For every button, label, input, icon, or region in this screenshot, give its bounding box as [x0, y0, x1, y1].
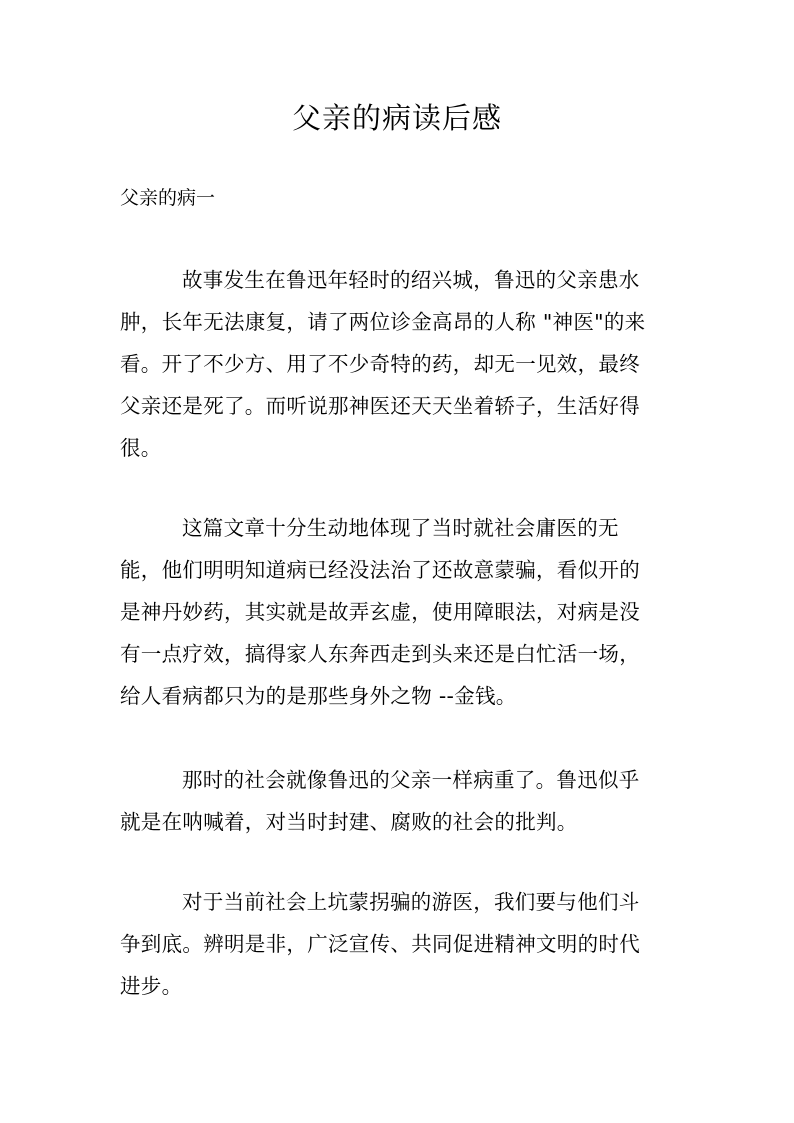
paragraph-line: 进步。 [120, 965, 650, 1007]
paragraph-line: 就是在呐喊着，对当时封建、腐败的社会的批判。 [120, 801, 650, 843]
paragraph-line: 有一点疗效，搞得家人东奔西走到头来还是白忙活一场， [120, 633, 650, 675]
paragraph-line: 肿，长年无法康复，请了两位诊金高昂的人称 "神医"的来 [120, 301, 650, 343]
paragraph-2: 这篇文章十分生动地体现了当时就社会庸医的无 能，他们明明知道病已经没法治了还故意… [120, 507, 650, 717]
paragraph-line: 父亲还是死了。而听说那神医还天天坐着轿子，生活好得 [120, 385, 650, 427]
paragraph-line: 那时的社会就像鲁迅的父亲一样病重了。鲁迅似乎 [120, 759, 650, 801]
paragraph-line: 能，他们明明知道病已经没法治了还故意蒙骗，看似开的 [120, 549, 650, 591]
paragraph-line: 这篇文章十分生动地体现了当时就社会庸医的无 [120, 507, 650, 549]
paragraph-3: 那时的社会就像鲁迅的父亲一样病重了。鲁迅似乎 就是在呐喊着，对当时封建、腐败的社… [120, 759, 650, 843]
paragraph-line: 给人看病都只为的是那些身外之物 --金钱。 [120, 675, 650, 717]
paragraph-line: 争到底。辨明是非，广泛宣传、共同促进精神文明的时代 [120, 923, 650, 965]
paragraph-line: 故事发生在鲁迅年轻时的绍兴城，鲁迅的父亲患水 [120, 259, 650, 301]
paragraph-line: 看。开了不少方、用了不少奇特的药，却无一见效，最终 [120, 343, 650, 385]
paragraph-line: 很。 [120, 427, 650, 469]
paragraph-1: 故事发生在鲁迅年轻时的绍兴城，鲁迅的父亲患水 肿，长年无法康复，请了两位诊金高昂… [120, 259, 650, 469]
document-subtitle: 父亲的病一 [120, 184, 215, 212]
paragraph-line: 对于当前社会上坑蒙拐骗的游医，我们要与他们斗 [120, 881, 650, 923]
document-title: 父亲的病读后感 [0, 98, 794, 138]
paragraph-4: 对于当前社会上坑蒙拐骗的游医，我们要与他们斗 争到底。辨明是非，广泛宣传、共同促… [120, 881, 650, 1007]
paragraph-line: 是神丹妙药，其实就是故弄玄虚，使用障眼法，对病是没 [120, 591, 650, 633]
